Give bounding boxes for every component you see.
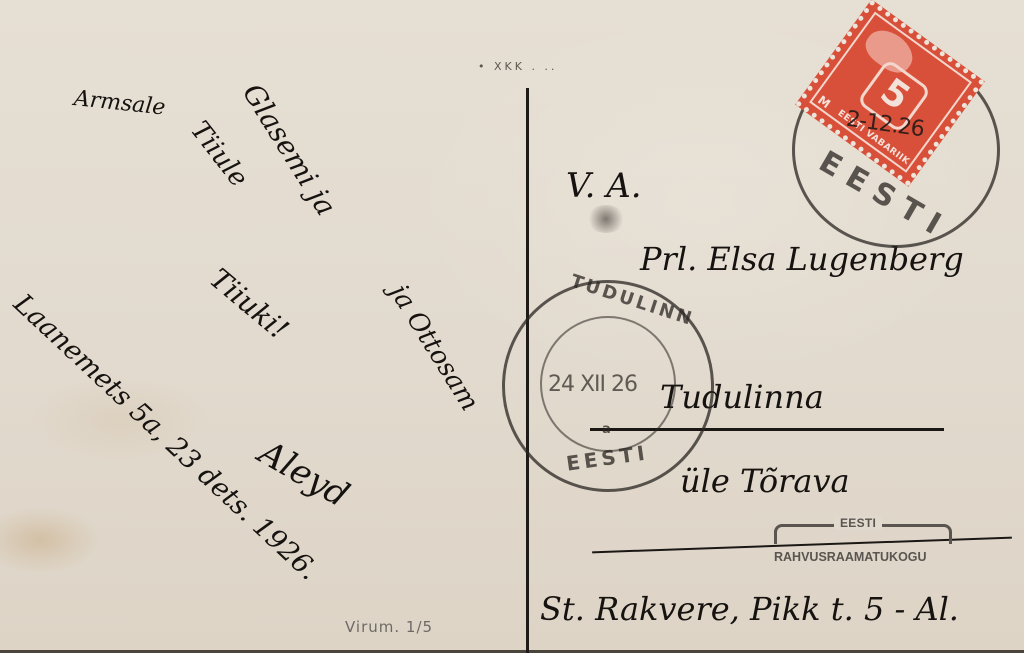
handwritten-line: ja Ottosam bbox=[383, 279, 484, 416]
handwritten-line: Glasemi ja bbox=[236, 78, 343, 222]
postmark-date: 24 XII 26 bbox=[548, 372, 637, 397]
handwritten-line: Tiiuki! bbox=[203, 262, 295, 346]
pencil-archive-note: Virum. 1/5 bbox=[345, 618, 433, 636]
signature: Aleyd bbox=[252, 433, 356, 516]
library-ownership-stamp: EESTI RAHVUSRAAMATUKOGU bbox=[772, 516, 958, 574]
return-address: St. Rakvere, Pikk t. 5 - Al. bbox=[540, 590, 959, 628]
salutation: V. A. bbox=[566, 166, 642, 206]
handwritten-line: Armsale bbox=[73, 86, 167, 120]
recipient-via: üle Tõrava bbox=[680, 462, 850, 500]
printed-publisher-mark: • XKK . .. bbox=[478, 60, 557, 73]
postcard-back: • XKK . .. Armsale Tiiule Glasemi ja Tii… bbox=[0, 0, 1024, 653]
postmark-letter: a bbox=[602, 422, 611, 437]
library-stamp-top-text: EESTI bbox=[834, 516, 882, 530]
library-stamp-name: RAHVUSRAAMATUKOGU bbox=[774, 550, 927, 564]
handwritten-line: Tiiule bbox=[184, 116, 253, 193]
ink-smudge bbox=[586, 205, 626, 233]
